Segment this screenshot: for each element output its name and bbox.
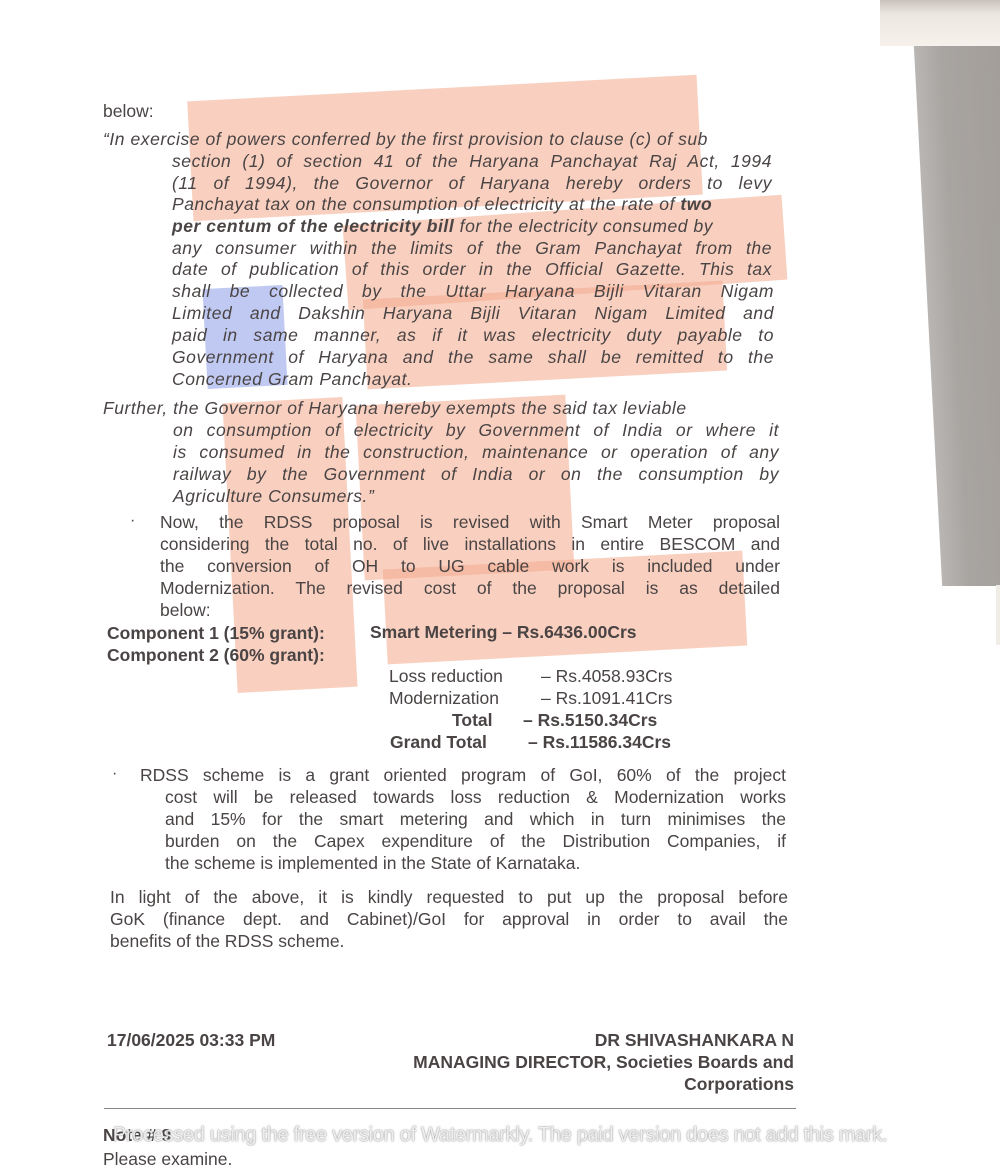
cost-row-value: – Rs.11586.34Crs — [528, 731, 671, 753]
quote-line-text: Panchayat tax on the consumption of elec… — [172, 194, 675, 214]
next-note-text: Please examine. — [103, 1148, 232, 1170]
bullet2-line: RDSS scheme is a grant oriented program … — [140, 764, 786, 786]
cost-row-label: Loss reduction — [389, 665, 503, 687]
section-divider — [104, 1108, 796, 1109]
quote-line: “In exercise of powers conferred by the … — [103, 128, 771, 150]
watermark-text: Processed using the free version of Wate… — [0, 1124, 1000, 1147]
note-timestamp: 17/06/2025 03:33 PM — [107, 1029, 275, 1051]
signatory-designation: MANAGING DIRECTOR, Societies Boards and — [344, 1051, 794, 1073]
bullet2-line: and 15% for the smart metering and which… — [165, 808, 786, 830]
bullet2-line: cost will be released towards loss reduc… — [165, 786, 786, 808]
intro-text: below: — [103, 100, 154, 122]
bullet-marker: · — [112, 765, 117, 783]
component1-label: Component 1 (15% grant): — [107, 622, 325, 644]
further-line: Agriculture Consumers.” — [173, 485, 374, 507]
cost-row-label: Grand Total — [390, 731, 487, 753]
further-line: is consumed in the construction, mainten… — [173, 441, 779, 463]
quote-line: Panchayat tax on the consumption of elec… — [172, 193, 772, 215]
quote-line: (11 of 1994), the Governor of Haryana he… — [172, 172, 772, 194]
quote-line: Limited and Dakshin Haryana Bijli Vitara… — [172, 302, 774, 324]
quote-line: date of publication of this order in the… — [172, 258, 772, 280]
signatory-designation: Corporations — [560, 1073, 794, 1095]
quote-line: shall be collected by the Uttar Haryana … — [172, 280, 774, 302]
quote-line: any consumer within the limits of the Gr… — [172, 237, 772, 259]
further-line: railway by the Government of India or on… — [173, 463, 779, 485]
cost-row-label: Modernization — [389, 687, 499, 709]
quote-line-text: for the electricity consumed by — [460, 216, 713, 236]
quote-line: section (1) of section 41 of the Haryana… — [172, 150, 772, 172]
bullet2-line: burden on the Capex expenditure of the D… — [165, 830, 786, 852]
cost-row-label: Total — [452, 709, 493, 731]
quote-line: Concerned Gram Panchayat. — [172, 368, 412, 390]
bullet1-line: Now, the RDSS proposal is revised with S… — [160, 511, 780, 533]
document-page: below: “In exercise of powers conferred … — [0, 0, 1000, 1174]
bullet1-line: Modernization. The revised cost of the p… — [160, 577, 780, 599]
bullet2-line: the scheme is implemented in the State o… — [165, 852, 580, 874]
cost-row-value: – Rs.5150.34Crs — [523, 709, 657, 731]
closing-line: In light of the above, it is kindly requ… — [110, 886, 788, 908]
quote-line: Government of Haryana and the same shall… — [172, 346, 774, 368]
quote-line: paid in same manner, as if it was electr… — [172, 324, 774, 346]
further-line: on consumption of electricity by Governm… — [173, 419, 779, 441]
quote-bold-text: per centum of the electricity bill — [172, 216, 454, 236]
component2-label: Component 2 (60% grant): — [107, 644, 325, 666]
closing-line: GoK (finance dept. and Cabinet)/GoI for … — [110, 908, 788, 930]
signatory-name: DR SHIVASHANKARA N — [560, 1029, 794, 1051]
cost-row-value: – Rs.1091.41Crs — [541, 687, 672, 709]
further-line: Further, the Governor of Haryana hereby … — [103, 397, 687, 419]
cost-row-value: – Rs.4058.93Crs — [541, 665, 672, 687]
quote-bold-text: two — [680, 194, 712, 214]
bullet1-line: the conversion of OH to UG cable work is… — [160, 555, 780, 577]
bullet-marker: · — [130, 512, 135, 530]
quote-line: per centum of the electricity bill for t… — [172, 215, 772, 237]
bullet1-line: considering the total no. of live instal… — [160, 533, 780, 555]
component1-value: Smart Metering – Rs.6436.00Crs — [370, 621, 637, 643]
bullet1-line: below: — [160, 599, 211, 621]
closing-line: benefits of the RDSS scheme. — [110, 930, 344, 952]
